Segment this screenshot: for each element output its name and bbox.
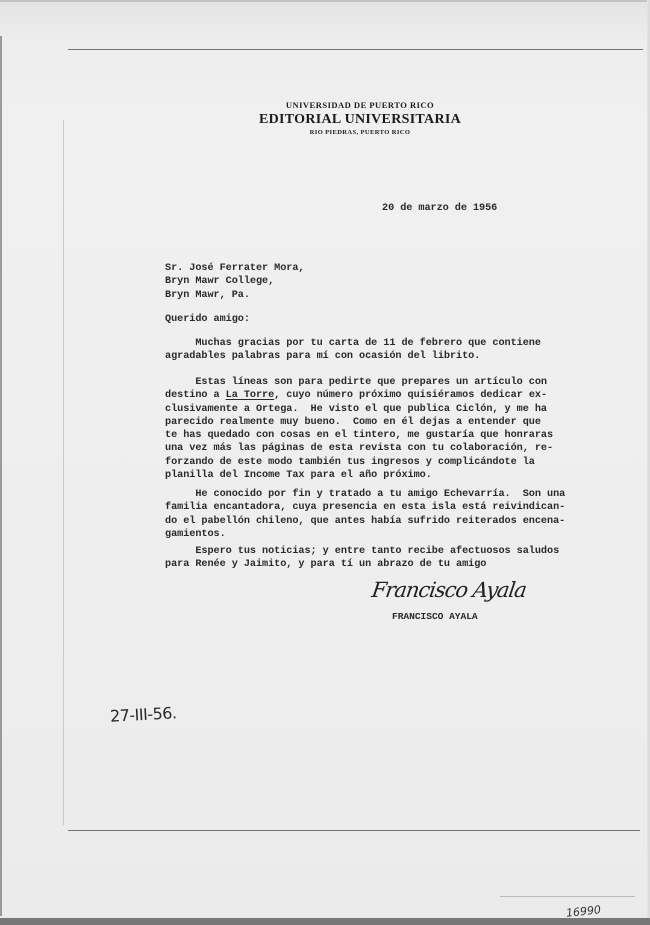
scan-bottom-bar bbox=[0, 918, 650, 925]
handwritten-date-note: 27-III-56. bbox=[110, 703, 177, 725]
paragraph-thanks: Muchas gracias por tu carta de 11 de feb… bbox=[165, 337, 541, 364]
text-span: , cuyo número próximo quisiéramos dedica… bbox=[274, 390, 547, 401]
recipient-line: Sr. José Ferrater Mora, bbox=[165, 262, 304, 275]
paragraph-closing: Espero tus noticias; y entre tanto recib… bbox=[165, 545, 559, 572]
letterhead: UNIVERSIDAD DE PUERTO RICO EDITORIAL UNI… bbox=[200, 100, 520, 138]
left-margin-line bbox=[63, 120, 64, 825]
signer-name: FRANCISCO AYALA bbox=[392, 610, 478, 623]
recipient-line: Bryn Mawr, Pa. bbox=[165, 289, 304, 302]
letterhead-publisher: EDITORIAL UNIVERSITARIA bbox=[200, 111, 520, 128]
scan-left-edge bbox=[0, 36, 2, 916]
recipient-address: Sr. José Ferrater Mora,Bryn Mawr College… bbox=[165, 262, 304, 302]
top-rule bbox=[68, 49, 643, 50]
text-line: He conocido por fin y tratado a tu amigo… bbox=[165, 488, 565, 501]
text-line: te has quedado con cosas en el tintero, … bbox=[165, 429, 553, 442]
text-line: agradables palabras para mí con ocasión … bbox=[165, 350, 541, 363]
faint-rule bbox=[500, 896, 635, 897]
journal-title: La Torre bbox=[226, 390, 275, 401]
text-line: clusivamente a Ortega. He visto el que p… bbox=[165, 403, 553, 416]
text-line: Estas líneas son para pedirte que prepar… bbox=[165, 376, 553, 389]
paragraph-echevarria: He conocido por fin y tratado a tu amigo… bbox=[165, 488, 565, 541]
text-line: una vez más las páginas de esta revista … bbox=[165, 442, 553, 455]
bottom-rule bbox=[68, 830, 640, 831]
text-line: Muchas gracias por tu carta de 11 de feb… bbox=[165, 337, 541, 350]
text-line: Espero tus noticias; y entre tanto recib… bbox=[165, 545, 559, 558]
text-line: para Renée y Jaimito, y para tí un abraz… bbox=[165, 558, 559, 571]
salutation: Querido amigo: bbox=[165, 313, 250, 326]
letterhead-location: RIO PIEDRAS, PUERTO RICO bbox=[200, 128, 520, 138]
text-line: forzando de este modo también tus ingres… bbox=[165, 456, 553, 469]
recipient-line: Bryn Mawr College, bbox=[165, 275, 304, 288]
scan-top-edge bbox=[0, 0, 650, 2]
paragraph-request: Estas líneas son para pedirte que prepar… bbox=[165, 376, 553, 482]
letter-date: 20 de marzo de 1956 bbox=[382, 202, 497, 215]
text-line: gamientos. bbox=[165, 528, 565, 541]
text-line: familia encantadora, cuya presencia en e… bbox=[165, 501, 565, 514]
text-line: planilla del Income Tax para el año próx… bbox=[165, 469, 553, 482]
text-line: do el pabellón chileno, que antes había … bbox=[165, 515, 565, 528]
text-line: destino a La Torre, cuyo número próximo … bbox=[165, 389, 553, 402]
text-line: parecido realmente muy bueno. Como en él… bbox=[165, 416, 553, 429]
text-span: destino a bbox=[165, 390, 226, 401]
letterhead-institution: UNIVERSIDAD DE PUERTO RICO bbox=[200, 100, 520, 111]
handwritten-signature: Francisco Ayala bbox=[370, 578, 527, 602]
